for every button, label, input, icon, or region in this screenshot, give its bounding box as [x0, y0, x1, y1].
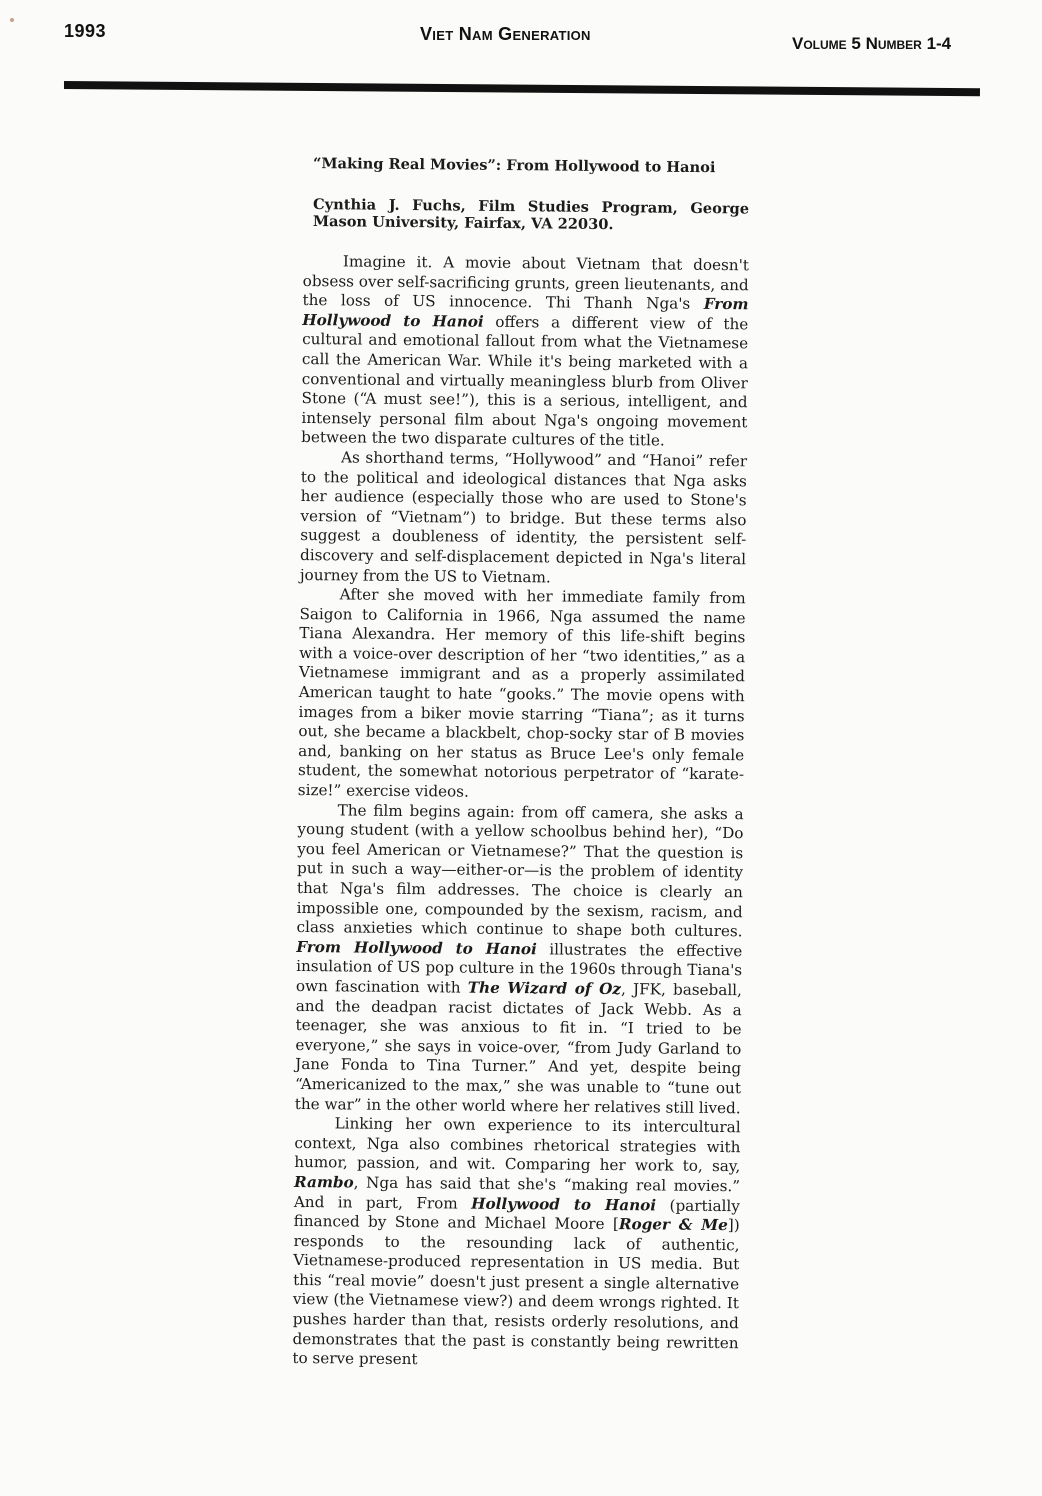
film-title: Hollywood to Hanoi: [471, 1194, 656, 1214]
body-paragraph: After she moved with her immediate famil…: [298, 585, 746, 805]
volume-number: Volume 5 Number 1-4: [792, 34, 951, 54]
body-paragraph: As shorthand terms, “Hollywood” and “Han…: [300, 448, 747, 589]
text-run: As shorthand terms, “Hollywood” and “Han…: [300, 448, 747, 586]
text-run: , JFK, baseball, and the deadpan racist …: [295, 980, 742, 1117]
article-body: Imagine it. A movie about Vietnam that d…: [292, 252, 749, 1373]
film-title: From Hollywood to Hanoi: [296, 938, 537, 958]
body-paragraph: Linking her own experience to its interc…: [292, 1114, 740, 1373]
text-run: Linking her own experience to its interc…: [294, 1114, 741, 1175]
film-title: Rambo: [294, 1173, 354, 1192]
text-run: Imagine it. A movie about Vietnam that d…: [302, 252, 749, 313]
body-paragraph: The film begins again: from off camera, …: [295, 801, 744, 1119]
article-byline: Cynthia J. Fuchs, Film Studies Program, …: [313, 196, 749, 235]
article-title: “Making Real Movies”: From Hollywood to …: [313, 155, 749, 177]
header-year: 1993: [64, 21, 106, 42]
journal-title: Viet Nam Generation: [420, 24, 591, 45]
text-run: offers a different view of the cultural …: [301, 313, 748, 450]
film-title: Roger & Me: [619, 1215, 728, 1234]
running-head: 1993 Viet Nam Generation Volume 5 Number…: [0, 0, 1042, 110]
film-title: The Wizard of Oz: [468, 979, 621, 998]
text-run: After she moved with her immediate famil…: [298, 585, 746, 800]
text-run: ]) responds to the resounding lack of au…: [292, 1216, 739, 1368]
article: “Making Real Movies”: From Hollywood to …: [303, 155, 749, 1369]
body-paragraph: Imagine it. A movie about Vietnam that d…: [301, 252, 749, 452]
text-run: The film begins again: from off camera, …: [296, 801, 743, 940]
scan-speck: [10, 18, 14, 22]
header-rule: [64, 81, 980, 96]
